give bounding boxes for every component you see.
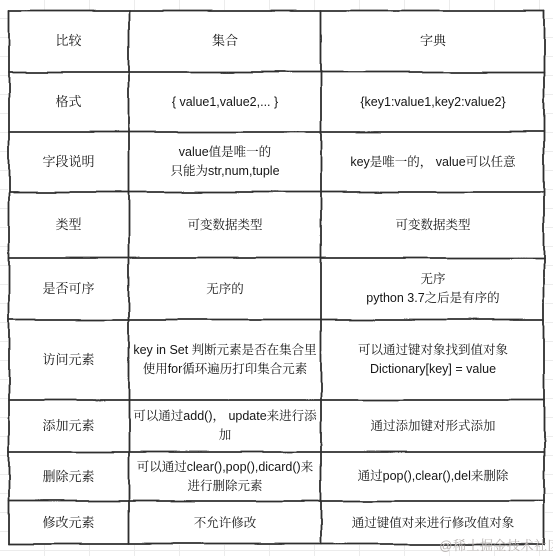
set-cell: 无序的 [129,258,321,320]
dict-cell: key是唯一的， value可以任意 [321,132,545,192]
table-row-add-element: 添加元素 可以通过add()， update来进行添加 通过添加键对形式添加 [8,400,545,452]
set-vs-dict-comparison-table: 比较 集合 字典 格式 { value1,value2,... } {key1:… [8,10,545,545]
dict-cell: 可以通过键对象找到值对象 Dictionary[key] = value [321,320,545,400]
row-label: 修改元素 [8,501,129,545]
dict-cell: 通过pop(),clear(),del来删除 [321,452,545,501]
dict-cell: 通过添加键对形式添加 [321,400,545,452]
row-label: 类型 [8,192,129,258]
set-cell: { value1,value2,... } [129,72,321,132]
table-header-row: 比较 集合 字典 [8,10,545,72]
table-row-delete-element: 删除元素 可以通过clear(),pop(),dicard()来进行删除元素 通… [8,452,545,501]
dict-cell: 无序 python 3.7之后是有序的 [321,258,545,320]
row-label: 添加元素 [8,400,129,452]
column-header-set: 集合 [129,10,321,72]
row-label: 格式 [8,72,129,132]
row-label: 访问元素 [8,320,129,400]
table-row-format: 格式 { value1,value2,... } {key1:value1,ke… [8,72,545,132]
set-cell: value值是唯一的 只能为str,num,tuple [129,132,321,192]
column-header-dict: 字典 [321,10,545,72]
juejin-watermark: @稀土掘金技术社区 [439,535,553,554]
screenshot-stage: 比较 集合 字典 格式 { value1,value2,... } {key1:… [0,0,553,556]
row-label: 删除元素 [8,452,129,501]
table-row-field-description: 字段说明 value值是唯一的 只能为str,num,tuple key是唯一的… [8,132,545,192]
set-cell: 可变数据类型 [129,192,321,258]
dict-cell: {key1:value1,key2:value2} [321,72,545,132]
table-row-access-element: 访问元素 key in Set 判断元素是否在集合里 使用for循环遍历打印集合… [8,320,545,400]
column-header-compare: 比较 [8,10,129,72]
set-cell: 不允许修改 [129,501,321,545]
row-label: 是否可序 [8,258,129,320]
table-row-type: 类型 可变数据类型 可变数据类型 [8,192,545,258]
row-label: 字段说明 [8,132,129,192]
table-row-ordered: 是否可序 无序的 无序 python 3.7之后是有序的 [8,258,545,320]
set-cell: 可以通过add()， update来进行添加 [129,400,321,452]
set-cell: key in Set 判断元素是否在集合里 使用for循环遍历打印集合元素 [129,320,321,400]
set-cell: 可以通过clear(),pop(),dicard()来进行删除元素 [129,452,321,501]
dict-cell: 可变数据类型 [321,192,545,258]
